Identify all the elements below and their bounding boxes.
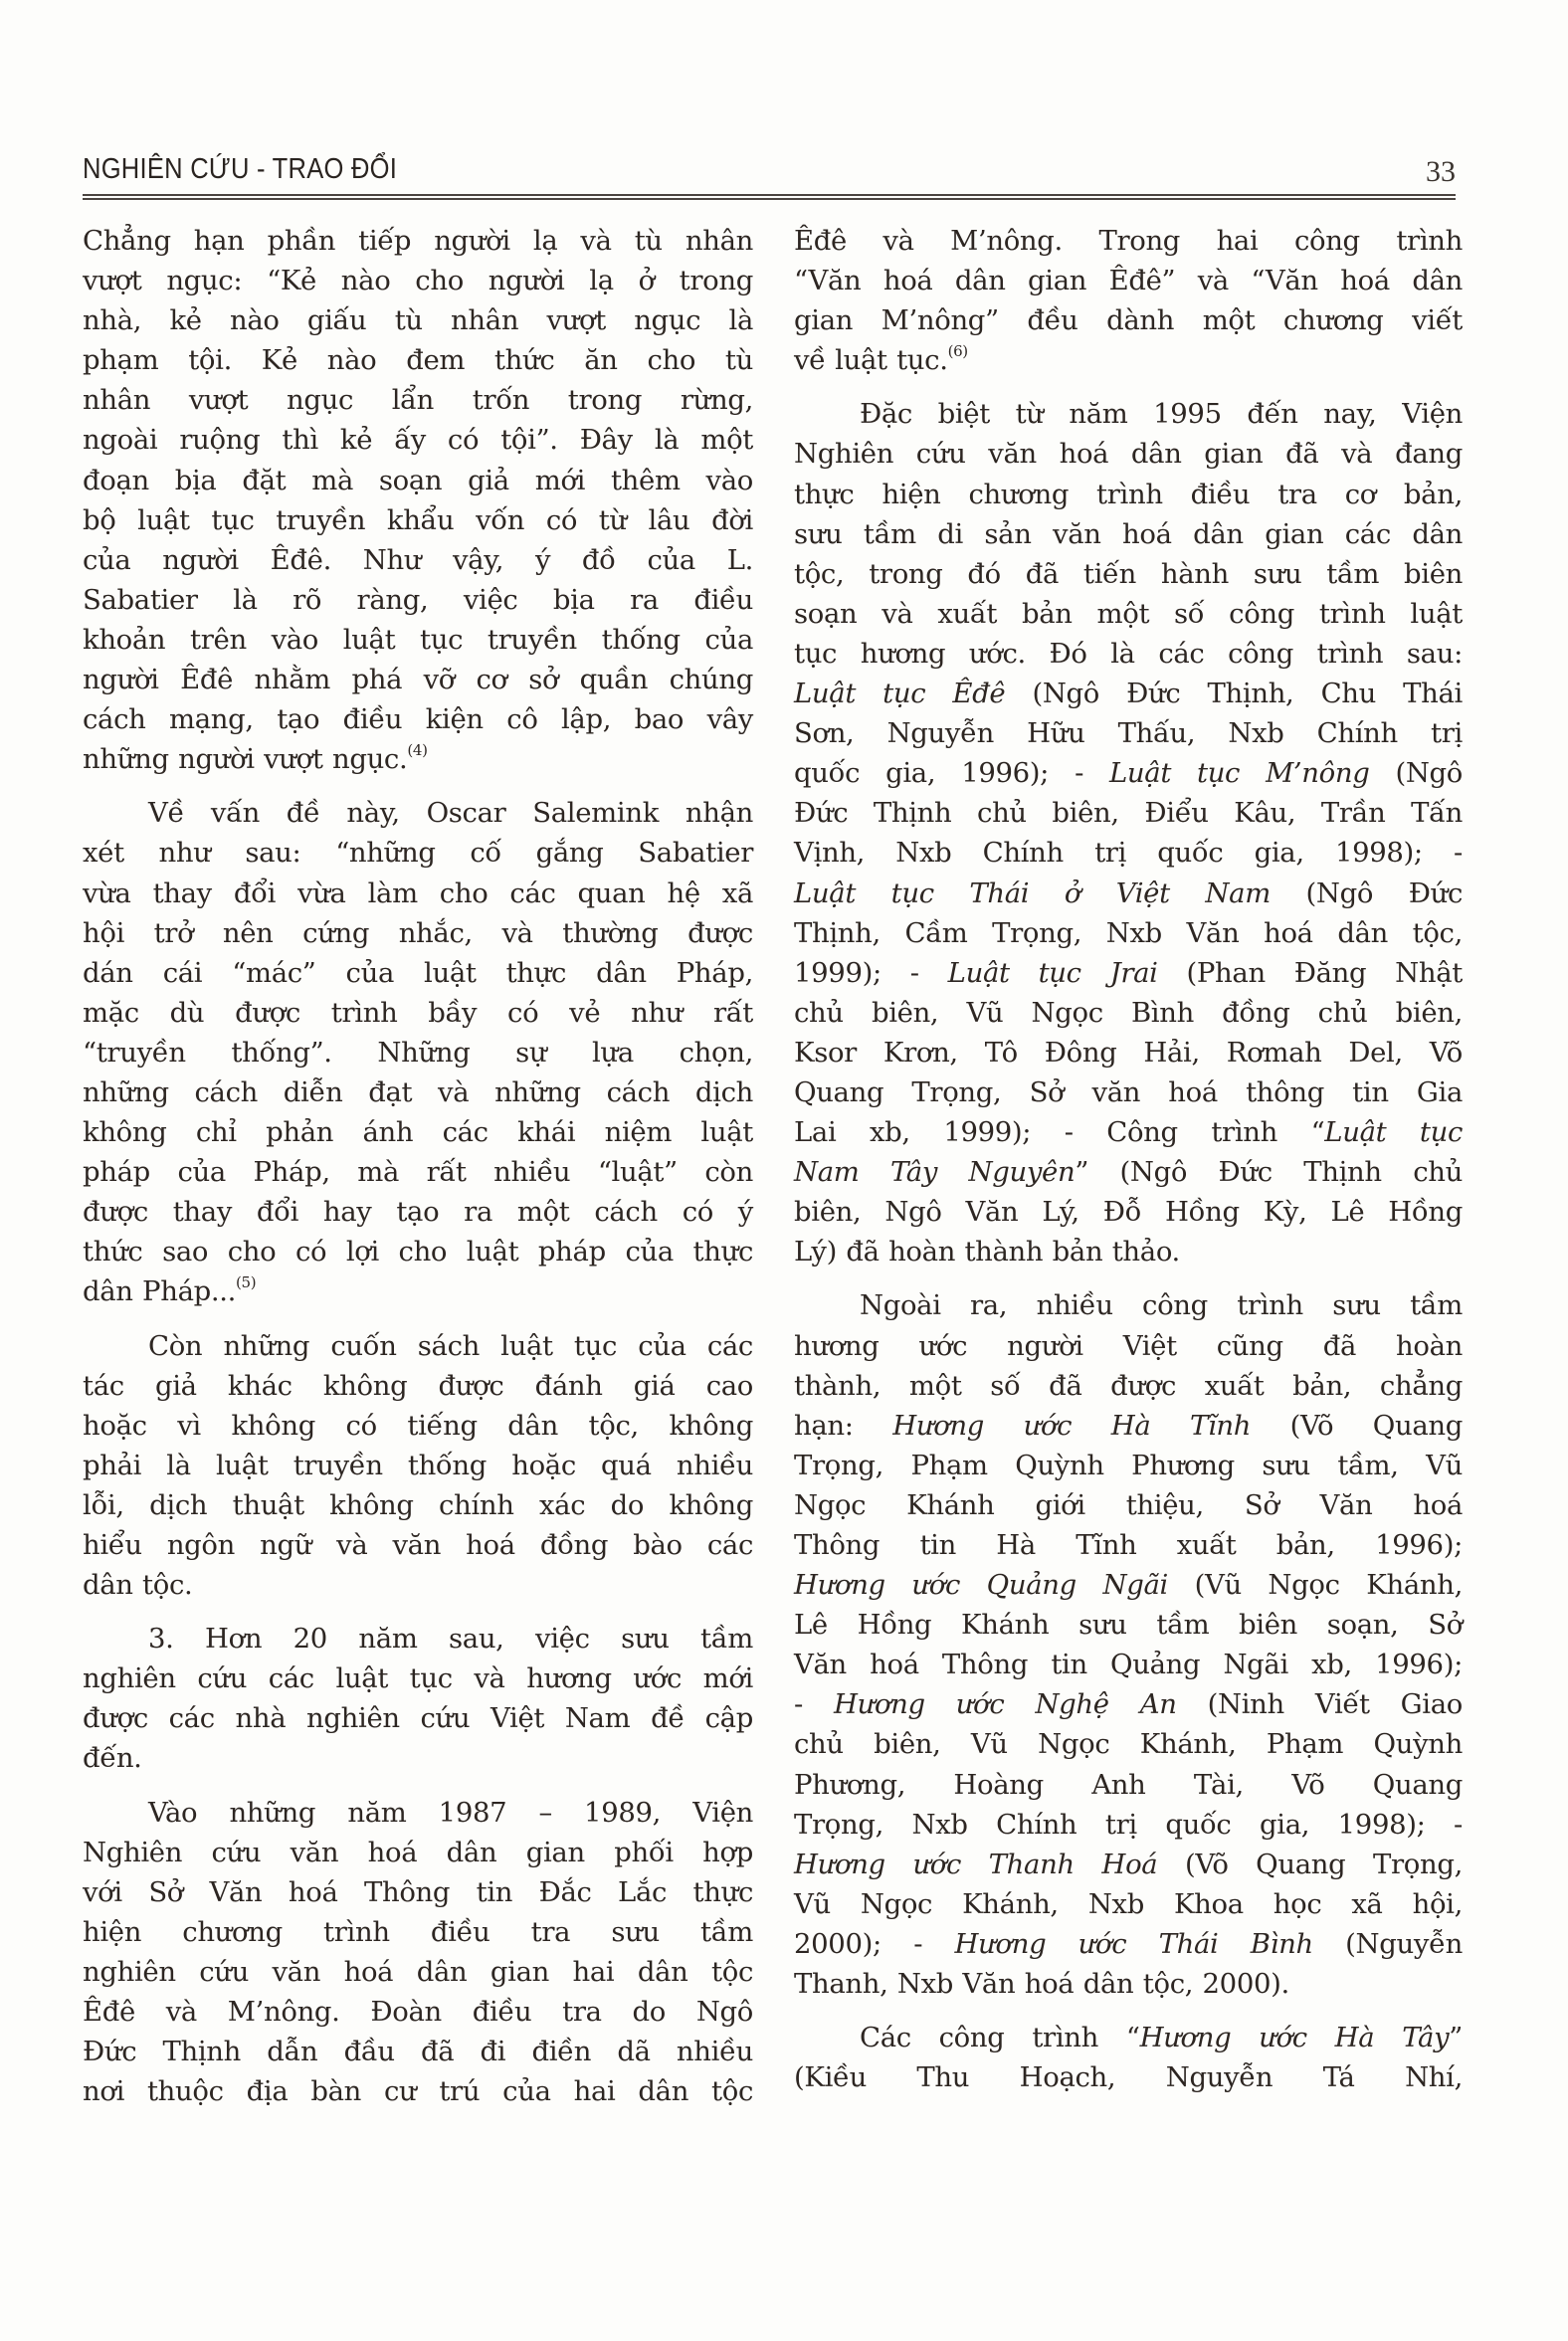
text-line: nghiên cứu các luật tục và hương ước mới bbox=[83, 1658, 753, 1698]
text-line: phải là luật truyền thống hoặc quá nhiều bbox=[83, 1446, 753, 1485]
page-number: 33 bbox=[1426, 155, 1456, 189]
text-line: 3. Hơn 20 năm sau, việc sưu tầm bbox=[83, 1619, 753, 1658]
text-line: đoạn bịa đặt mà soạn giả mới thêm vào bbox=[83, 461, 753, 500]
paragraph: Ngoài ra, nhiều công trình sưu tầmhương … bbox=[794, 1285, 1463, 2004]
paragraph-gap bbox=[794, 1271, 1463, 1285]
text-line: Vũ Ngọc Khánh, Nxb Khoa học xã hội, bbox=[794, 1884, 1463, 1924]
text-line: với Sở Văn hoá Thông tin Đắc Lắc thực bbox=[83, 1872, 753, 1912]
text-line: biên, Ngô Văn Lý, Đỗ Hồng Kỳ, Lê Hồng bbox=[794, 1192, 1463, 1232]
text-line: “Văn hoá dân gian Êđê” và “Văn hoá dân bbox=[794, 261, 1463, 300]
footnote-marker: (4) bbox=[407, 741, 427, 759]
text-line: vượt ngục: “Kẻ nào cho người lạ ở trong bbox=[83, 261, 753, 300]
section-title: NGHIÊN CỨU - TRAO ĐỔI bbox=[83, 153, 397, 186]
text-line: Luật tục Êđê (Ngô Đức Thịnh, Chu Thái bbox=[794, 674, 1463, 713]
text-line: tác giả khác không được đánh giá cao bbox=[83, 1366, 753, 1406]
text-line: nhân vượt ngục lẩn trốn trong rừng, bbox=[83, 380, 753, 420]
text-line: Vịnh, Nxb Chính trị quốc gia, 1998); - bbox=[794, 833, 1463, 873]
text-line: tộc, trong đó đã tiến hành sưu tầm biên bbox=[794, 554, 1463, 594]
paragraph-gap bbox=[83, 1605, 753, 1619]
text-line: lỗi, dịch thuật không chính xác do không bbox=[83, 1485, 753, 1525]
text-line: hoặc vì không có tiếng dân tộc, không bbox=[83, 1406, 753, 1446]
text-line: không chỉ phản ánh các khái niệm luật bbox=[83, 1112, 753, 1152]
text-line: Lý) đã hoàn thành bản thảo. bbox=[794, 1232, 1463, 1271]
text-line: gian M’nông” đều dành một chương viết bbox=[794, 300, 1463, 340]
text-line: Êđê và M’nông. Đoàn điều tra do Ngô bbox=[83, 1992, 753, 2032]
text-line: Còn những cuốn sách luật tục của các bbox=[83, 1326, 753, 1366]
text-line: Lai xb, 1999); - Công trình “Luật tục bbox=[794, 1112, 1463, 1152]
text-line: “truyền thống”. Những sự lựa chọn, bbox=[83, 1033, 753, 1073]
footnote-marker: (5) bbox=[236, 1273, 256, 1291]
text-line: khoản trên vào luật tục truyền thống của bbox=[83, 620, 753, 660]
paragraph: Chẳng hạn phần tiếp người lạ và tù nhânv… bbox=[83, 221, 753, 779]
text-line: mặc dù được trình bầy có vẻ như rất bbox=[83, 993, 753, 1033]
text-line: thành, một số đã được xuất bản, chẳng bbox=[794, 1366, 1463, 1406]
text-line: Văn hoá Thông tin Quảng Ngãi xb, 1996); bbox=[794, 1645, 1463, 1684]
paragraph-gap bbox=[794, 380, 1463, 394]
running-header: NGHIÊN CỨU - TRAO ĐỔI 33 bbox=[83, 149, 1456, 189]
paragraph: Còn những cuốn sách luật tục của cáctác … bbox=[83, 1326, 753, 1606]
text-line: Ngoài ra, nhiều công trình sưu tầm bbox=[794, 1285, 1463, 1325]
text-line: pháp của Pháp, mà rất nhiều “luật” còn bbox=[83, 1152, 753, 1192]
text-line: Đức Thịnh dẫn đầu đã đi điền dã nhiều bbox=[83, 2032, 753, 2071]
text-line: Hương ước Quảng Ngãi (Vũ Ngọc Khánh, bbox=[794, 1565, 1463, 1605]
text-line: được các nhà nghiên cứu Việt Nam đề cập bbox=[83, 1698, 753, 1738]
text-line: quốc gia, 1996); - Luật tục M’nông (Ngô bbox=[794, 753, 1463, 793]
paragraph: Êđê và M’nông. Trong hai công trình“Văn … bbox=[794, 221, 1463, 380]
text-line: dân tộc. bbox=[83, 1565, 753, 1605]
text-line: Trọng, Phạm Quỳnh Phương sưu tầm, Vũ bbox=[794, 1446, 1463, 1485]
text-line: hương ước người Việt cũng đã hoàn bbox=[794, 1326, 1463, 1366]
text-line: hiện chương trình điều tra sưu tầm bbox=[83, 1912, 753, 1952]
text-line: 2000); - Hương ước Thái Bình (Nguyễn bbox=[794, 1924, 1463, 1964]
header-double-rule bbox=[83, 194, 1456, 200]
text-line: hạn: Hương ước Hà Tĩnh (Võ Quang bbox=[794, 1406, 1463, 1446]
text-line: hiểu ngôn ngữ và văn hoá đồng bào các bbox=[83, 1525, 753, 1565]
footnote-marker: (6) bbox=[948, 342, 968, 360]
text-line: những người vượt ngục.(4) bbox=[83, 739, 753, 779]
text-line: người Êđê nhằm phá vỡ cơ sở quần chúng bbox=[83, 660, 753, 699]
text-line: hội trở nên cứng nhắc, và thường được bbox=[83, 913, 753, 953]
text-line: Về vấn đề này, Oscar Salemink nhận bbox=[83, 793, 753, 833]
left-column: Chẳng hạn phần tiếp người lạ và tù nhânv… bbox=[83, 221, 753, 2111]
text-line: Phương, Hoàng Anh Tài, Võ Quang bbox=[794, 1765, 1463, 1805]
text-line: Sabatier là rõ ràng, việc bịa ra điều bbox=[83, 580, 753, 620]
text-line: nhà, kẻ nào giấu tù nhân vượt ngục là bbox=[83, 300, 753, 340]
text-line: thực hiện chương trình điều tra cơ bản, bbox=[794, 475, 1463, 514]
text-line: Nam Tây Nguyên” (Ngô Đức Thịnh chủ bbox=[794, 1152, 1463, 1192]
paragraph: 3. Hơn 20 năm sau, việc sưu tầmnghiên cứ… bbox=[83, 1619, 753, 1778]
paragraph: Các công trình “Hương ước Hà Tây”(Kiều T… bbox=[794, 2018, 1463, 2097]
paragraph: Về vấn đề này, Oscar Salemink nhậnxét nh… bbox=[83, 793, 753, 1311]
text-line: phạm tội. Kẻ nào đem thức ăn cho tù bbox=[83, 340, 753, 380]
text-line: Trọng, Nxb Chính trị quốc gia, 1998); - bbox=[794, 1805, 1463, 1845]
text-line: được thay đổi hay tạo ra một cách có ý bbox=[83, 1192, 753, 1232]
text-line: xét như sau: “những cố gắng Sabatier bbox=[83, 833, 753, 873]
text-line: chủ biên, Vũ Ngọc Bình đồng chủ biên, bbox=[794, 993, 1463, 1033]
text-line: nơi thuộc địa bàn cư trú của hai dân tộc bbox=[83, 2071, 753, 2111]
text-line: bộ luật tục truyền khẩu vốn có từ lâu đờ… bbox=[83, 500, 753, 540]
text-line: Các công trình “Hương ước Hà Tây” bbox=[794, 2018, 1463, 2057]
text-line: Thanh, Nxb Văn hoá dân tộc, 2000). bbox=[794, 1964, 1463, 2004]
text-line: Quang Trọng, Sở văn hoá thông tin Gia bbox=[794, 1073, 1463, 1112]
text-line: Sơn, Nguyễn Hữu Thấu, Nxb Chính trị bbox=[794, 713, 1463, 753]
paragraph: Vào những năm 1987 – 1989, ViệnNghiên cứ… bbox=[83, 1793, 753, 2112]
text-line: dán cái “mác” của luật thực dân Pháp, bbox=[83, 953, 753, 993]
text-line: ngoài ruộng thì kẻ ấy có tội”. Đây là mộ… bbox=[83, 420, 753, 460]
paragraph-gap bbox=[83, 1312, 753, 1326]
text-line: - Hương ước Nghệ An (Ninh Viết Giao bbox=[794, 1684, 1463, 1724]
text-line: Đức Thịnh chủ biên, Điểu Kâu, Trần Tấn bbox=[794, 793, 1463, 833]
text-line: Đặc biệt từ năm 1995 đến nay, Viện bbox=[794, 394, 1463, 434]
text-line: dân Pháp...(5) bbox=[83, 1271, 753, 1311]
text-line: của người Êđê. Như vậy, ý đồ của L. bbox=[83, 540, 753, 580]
text-line: Nghiên cứu văn hoá dân gian đã và đang bbox=[794, 434, 1463, 474]
text-line: Hương ước Thanh Hoá (Võ Quang Trọng, bbox=[794, 1845, 1463, 1884]
paragraph: Đặc biệt từ năm 1995 đến nay, ViệnNghiên… bbox=[794, 394, 1463, 1271]
paragraph-gap bbox=[83, 779, 753, 793]
text-line: 1999); - Luật tục Jrai (Phan Đăng Nhật bbox=[794, 953, 1463, 993]
text-line: Ngọc Khánh giới thiệu, Sở Văn hoá bbox=[794, 1485, 1463, 1525]
text-line: về luật tục.(6) bbox=[794, 340, 1463, 380]
text-line: Êđê và M’nông. Trong hai công trình bbox=[794, 221, 1463, 261]
text-line: thức sao cho có lợi cho luật pháp của th… bbox=[83, 1232, 753, 1271]
text-line: cách mạng, tạo điều kiện cô lập, bao vây bbox=[83, 699, 753, 739]
text-line: tục hương ước. Đó là các công trình sau: bbox=[794, 634, 1463, 674]
text-line: những cách diễn đạt và những cách dịch bbox=[83, 1073, 753, 1112]
text-line: đến. bbox=[83, 1738, 753, 1778]
text-line: vừa thay đổi vừa làm cho các quan hệ xã bbox=[83, 874, 753, 913]
paragraph-gap bbox=[794, 2004, 1463, 2018]
text-line: sưu tầm di sản văn hoá dân gian các dân bbox=[794, 514, 1463, 554]
paragraph-gap bbox=[83, 1779, 753, 1793]
text-line: chủ biên, Vũ Ngọc Khánh, Phạm Quỳnh bbox=[794, 1724, 1463, 1764]
text-line: Thông tin Hà Tĩnh xuất bản, 1996); bbox=[794, 1525, 1463, 1565]
right-column: Êđê và M’nông. Trong hai công trình“Văn … bbox=[794, 221, 1463, 2097]
text-line: Ksor Krơn, Tô Đông Hải, Rơmah Del, Võ bbox=[794, 1033, 1463, 1073]
text-line: Lê Hồng Khánh sưu tầm biên soạn, Sở bbox=[794, 1605, 1463, 1645]
text-line: soạn và xuất bản một số công trình luật bbox=[794, 594, 1463, 634]
text-line: Thịnh, Cầm Trọng, Nxb Văn hoá dân tộc, bbox=[794, 913, 1463, 953]
text-line: (Kiều Thu Hoạch, Nguyễn Tá Nhí, bbox=[794, 2057, 1463, 2097]
text-line: Chẳng hạn phần tiếp người lạ và tù nhân bbox=[83, 221, 753, 261]
text-line: Luật tục Thái ở Việt Nam (Ngô Đức bbox=[794, 874, 1463, 913]
text-line: Nghiên cứu văn hoá dân gian phối hợp bbox=[83, 1833, 753, 1872]
text-line: Vào những năm 1987 – 1989, Viện bbox=[83, 1793, 753, 1833]
text-line: nghiên cứu văn hoá dân gian hai dân tộc bbox=[83, 1952, 753, 1992]
